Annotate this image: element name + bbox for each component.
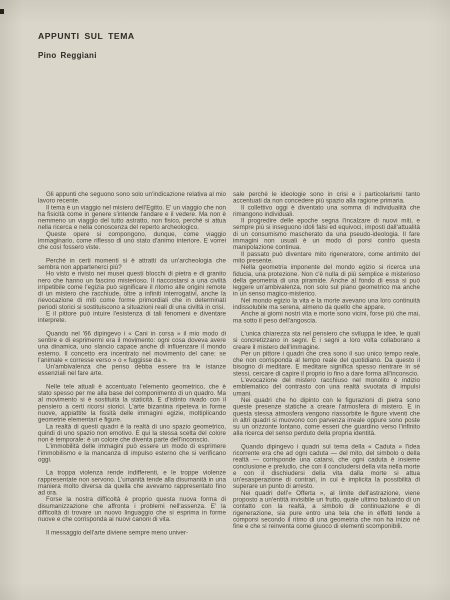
paragraph: Nella geometria imponente del mondo egiz… — [233, 264, 420, 297]
paragraph: Il collettivo oggi è diventato una somma… — [233, 204, 420, 217]
paragraph: Perché in certi momenti si è attratti da… — [38, 257, 226, 270]
paragraph: La realtà di questi quadri è la realtà d… — [38, 423, 226, 443]
right-column: sale perché le ideologie sono in crisi e… — [233, 191, 420, 586]
paragraph: Il progredire delle epoche segna l'incal… — [233, 218, 420, 251]
paragraph: L'unica chiarezza sta nel pensiero che s… — [233, 330, 420, 350]
paragraph: Gli appunti che seguono sono solo un'ind… — [38, 191, 226, 204]
paragraph: Queste opere si compongono, dunque, come… — [38, 231, 226, 251]
paragraph: Quando dipingevo i quadri sul tema della… — [233, 443, 420, 490]
paragraph: L'immobilità delle immagini può essere u… — [38, 443, 226, 463]
left-column: Gli appunti che seguono sono solo un'ind… — [38, 191, 226, 586]
scan-edge-mark — [0, 9, 4, 14]
paragraph: Anche ai giorni nostri vita e morte sono… — [233, 311, 420, 324]
paragraph: Un'ambivalenza che penso debba essere tr… — [38, 364, 226, 377]
paragraph: Nei quadri che ho dipinto con le figuraz… — [233, 397, 420, 437]
paragraph: Nei quadri dell'« Offerta », al limite d… — [233, 490, 420, 530]
paragraph: Per un pittore i quadri che crea sono il… — [233, 350, 420, 377]
paragraph: La troppa violenza rende indifferenti, e… — [38, 470, 226, 497]
page-title: APPUNTI SUL TEMA — [38, 31, 135, 41]
author-name: Pino Reggiani — [38, 51, 97, 60]
paragraph: Nelle tele attuali è accentuato l'elemen… — [38, 383, 226, 423]
paragraph: Forse la nostra difficoltà è proprio que… — [38, 496, 226, 523]
paragraph: Nel mondo egizio la vita e la morte avev… — [233, 297, 420, 310]
paragraph: L'evocazione del mistero racchiuso nel m… — [233, 377, 420, 397]
paragraph: Il tema è un viaggio nel mistero dell'Eg… — [38, 204, 226, 231]
paragraph: Ho visto e rivisto nei musei questi bloc… — [38, 271, 226, 311]
scanned-document-page: APPUNTI SUL TEMA Pino Reggiani Gli appun… — [0, 0, 450, 600]
paragraph: Il messaggio dell'arte diviene sempre me… — [38, 529, 226, 536]
paragraph: Quando nel '66 dipingevo i « Cani in cor… — [38, 330, 226, 363]
paragraph: sale perché le ideologie sono in crisi e… — [233, 191, 420, 204]
paragraph: Il passato può diventare mito rigenerato… — [233, 251, 420, 264]
text-columns: Gli appunti che seguono sono solo un'ind… — [38, 191, 422, 586]
paragraph: E il pittore può intuire l'esistenza di … — [38, 311, 226, 324]
